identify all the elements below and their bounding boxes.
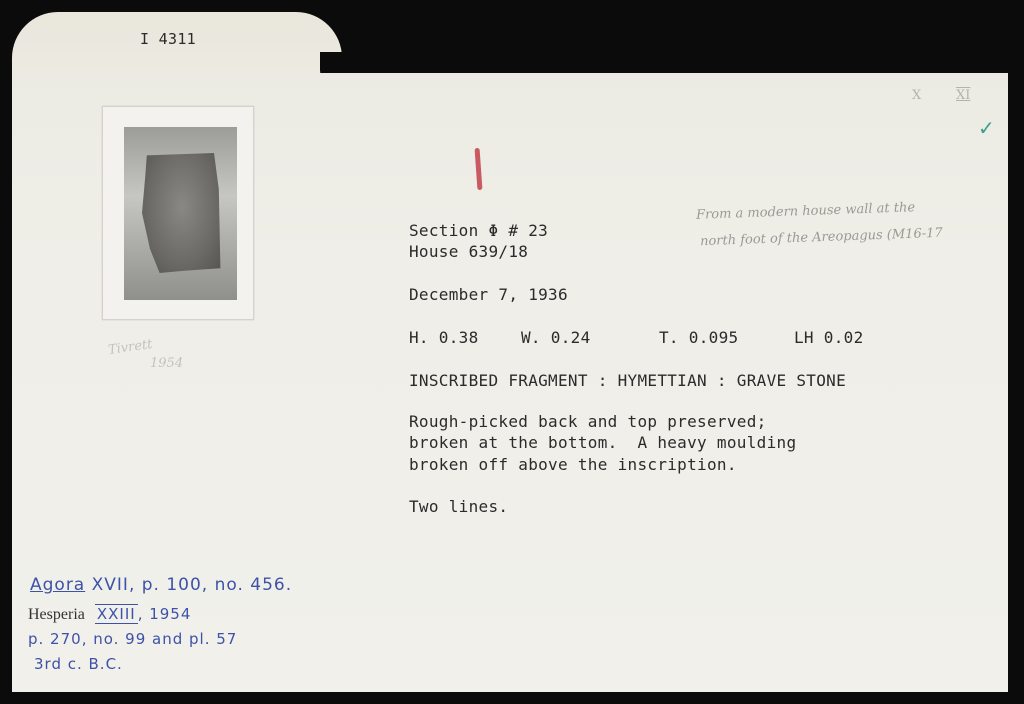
description-line-2: broken at the bottom. A heavy moulding [409,433,796,452]
photo-mount [102,106,254,320]
agora-ref: XVII, p. 100, no. 456. [85,575,292,595]
house-line: House 639/18 [409,242,528,261]
description-line-3: broken off above the inscription. [409,455,737,474]
stone-fragment-image [142,153,222,273]
object-photo [124,127,237,300]
pencil-photo-note-2: 1954 [150,356,183,371]
corner-mark-right: XI [956,88,970,103]
dimension-height: H. 0.38 [409,328,479,347]
hesperia-volume: XXIII [95,604,138,624]
corner-mark-left: X [912,88,921,103]
agora-reference: Agora XVII, p. 100, no. 456. [30,575,292,595]
dimension-thickness: T. 0.095 [659,328,738,347]
hesperia-label: Hesperia [28,606,85,623]
inscription-note: Two lines. [409,497,508,516]
check-mark-icon: ✓ [978,116,995,140]
dimension-width: W. 0.24 [521,328,591,347]
hesperia-reference: Hesperia XXIII, 1954 [28,605,191,624]
agora-label: Agora [30,575,85,595]
inventory-number: I 4311 [140,30,196,48]
dimension-letter-height: LH 0.02 [794,328,864,347]
hesperia-pages: p. 270, no. 99 and pl. 57 [28,630,237,648]
hesperia-year: , 1954 [138,605,192,623]
classification-line: INSCRIBED FRAGMENT : HYMETTIAN : GRAVE S… [409,371,846,390]
date-note: 3rd c. B.C. [34,655,123,673]
date-line: December 7, 1936 [409,285,568,304]
description-line-1: Rough-picked back and top preserved; [409,412,767,431]
section-line: Section Φ # 23 [409,221,548,240]
